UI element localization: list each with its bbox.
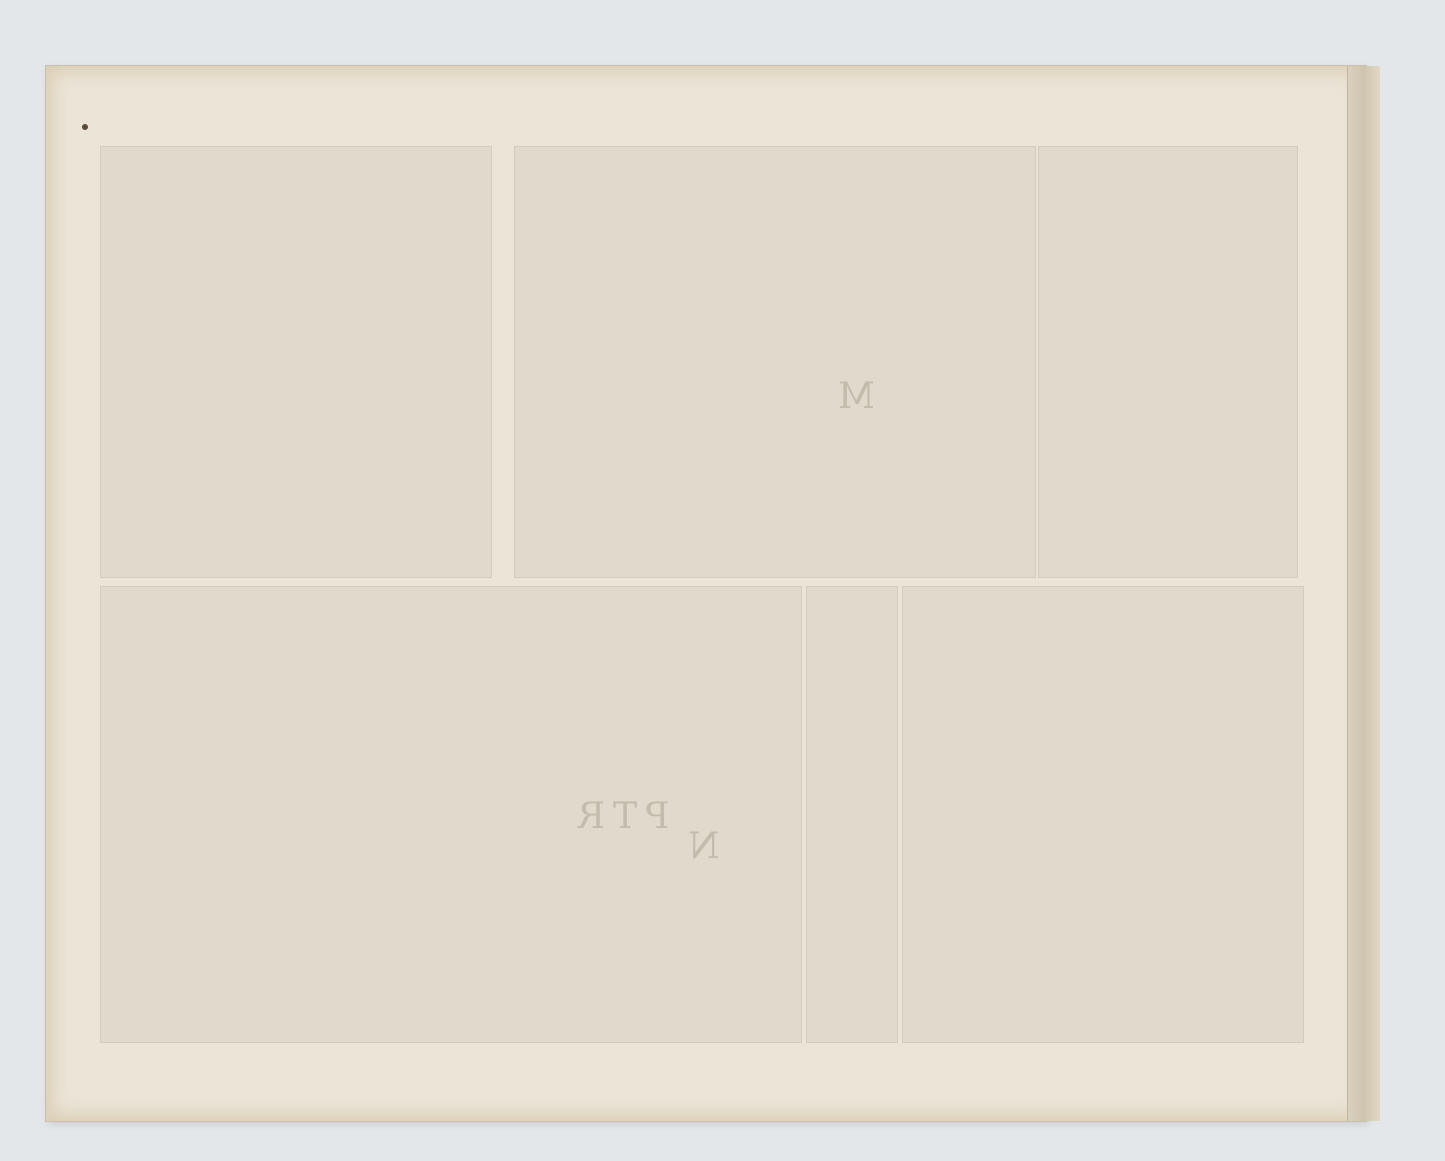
ghost-letter: N — [680, 826, 720, 867]
bleed-panel-top-left — [100, 146, 492, 578]
ghost-letter: M — [830, 376, 875, 417]
bleed-panel-bottom-divider — [806, 586, 898, 1043]
bleed-panel-top-center — [514, 146, 1036, 578]
right-folded-edge — [1347, 66, 1380, 1121]
bleed-panel-top-right — [1038, 146, 1298, 578]
ghost-letter: PTR — [570, 796, 669, 837]
bleed-panel-bottom-left — [100, 586, 802, 1043]
bleed-panel-bottom-right — [902, 586, 1304, 1043]
paper-sheet: M PTR N — [46, 66, 1366, 1121]
ink-spot — [82, 124, 88, 130]
